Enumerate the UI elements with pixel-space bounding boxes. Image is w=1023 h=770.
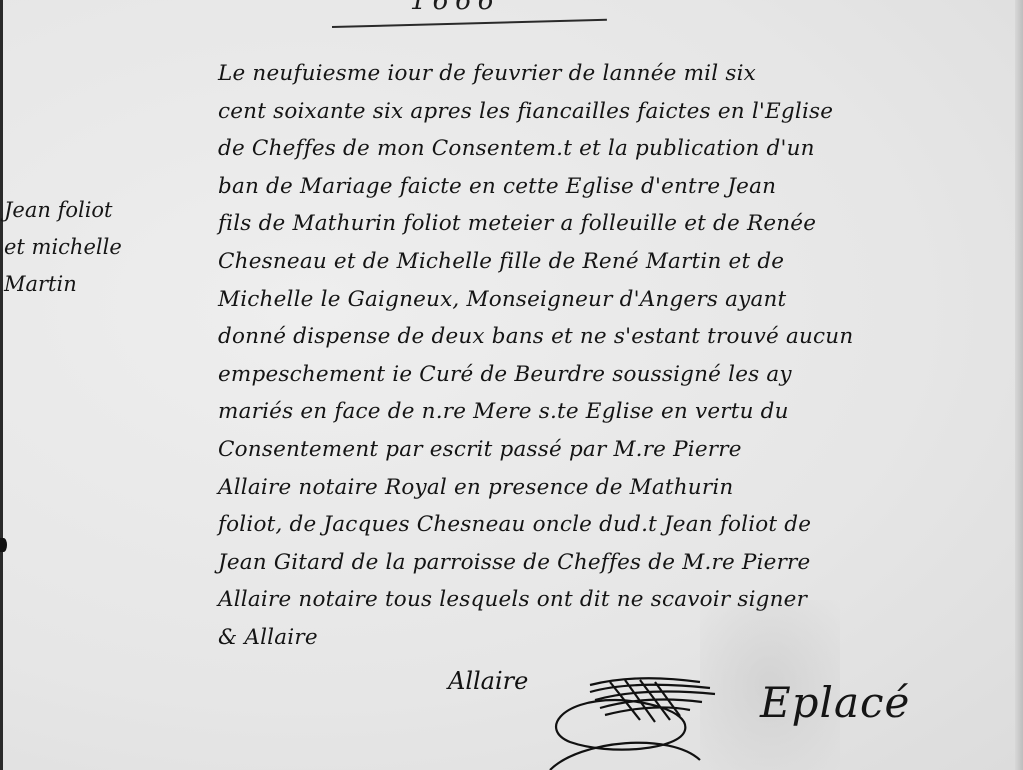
entry-line: ban de Mariage faicte en cette Eglise d'…: [218, 168, 1018, 206]
entry-line: Allaire notaire tous lesquels ont dit ne…: [218, 581, 1018, 619]
entry-line: Allaire notaire Royal en presence de Mat…: [218, 469, 1018, 507]
entry-line: fils de Mathurin foliot meteier a folleu…: [218, 205, 1018, 243]
page-left-edge: [0, 0, 3, 770]
entry-line: Chesneau et de Michelle fille de René Ma…: [218, 243, 1018, 281]
entry-line: Consentement par escrit passé par M.re P…: [218, 431, 1018, 469]
margin-note-line: et michelle: [4, 229, 204, 266]
entry-line: cent soixante six apres les fiancailles …: [218, 93, 1018, 131]
header-year-fragment: 1666: [410, 0, 500, 16]
entry-line: de Cheffes de mon Consentem.t et la publ…: [218, 130, 1018, 168]
entry-line: & Allaire: [218, 619, 1018, 657]
entry-line: Jean Gitard de la parroisse de Cheffes d…: [218, 544, 1018, 582]
entry-line: donné dispense de deux bans et ne s'esta…: [218, 318, 1018, 356]
entry-line: Michelle le Gaigneux, Monseigneur d'Ange…: [218, 281, 1018, 319]
margin-note-line: Martin: [4, 266, 204, 303]
entry-line: foliot, de Jacques Chesneau oncle dud.t …: [218, 506, 1018, 544]
margin-note-line: Jean foliot: [4, 192, 204, 229]
entry-line: empeschement ie Curé de Beurdre soussign…: [218, 356, 1018, 394]
entry-line: mariés en face de n.re Mere s.te Eglise …: [218, 393, 1018, 431]
entry-line: Le neufuiesme iour de feuvrier de lannée…: [218, 55, 1018, 93]
signature-priest: Eplacé: [760, 678, 910, 727]
marriage-entry: Le neufuiesme iour de feuvrier de lannée…: [218, 55, 1018, 657]
register-page: 1666 Jean foliot et michelle Martin Le n…: [0, 0, 1023, 770]
header-underline: [332, 19, 607, 28]
signature-allaire: Allaire: [448, 667, 528, 695]
margin-note: Jean foliot et michelle Martin: [4, 192, 204, 303]
binding-notch: [0, 538, 7, 552]
